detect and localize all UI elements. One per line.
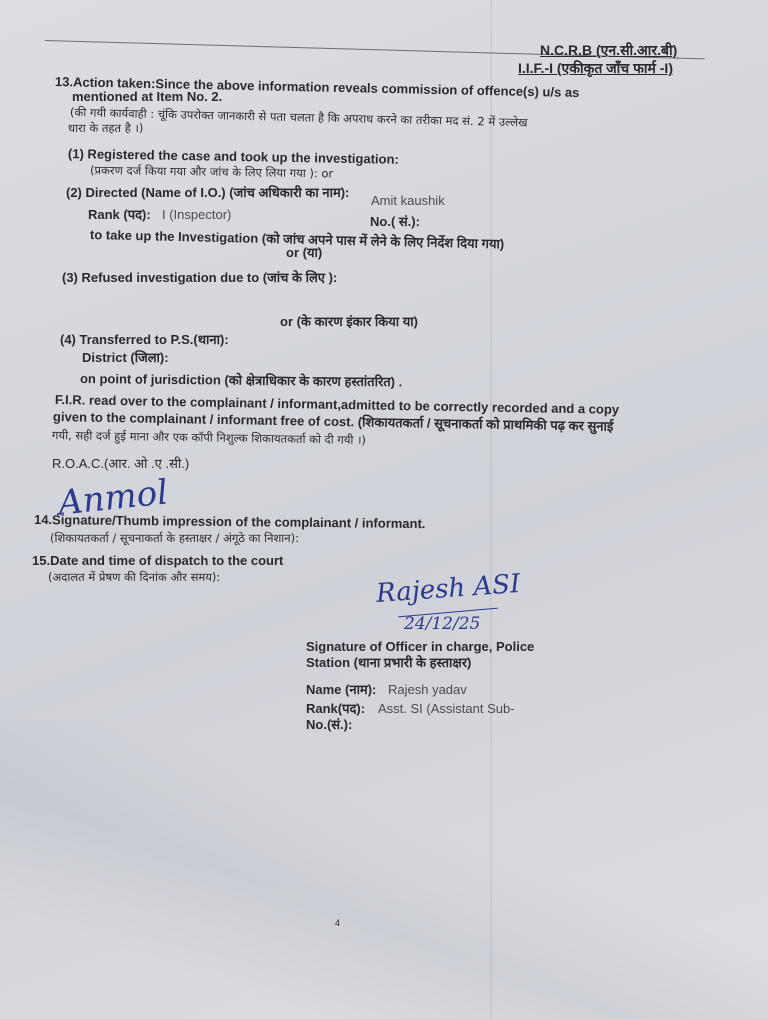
option2-label: (2) Directed (Name of I.O.) (जांच अधिकार… (66, 185, 349, 201)
officer-sig-label2: Station (थाना प्रभारी के हस्ताक्षर) (306, 655, 471, 671)
option3-label: (3) Refused investigation due to (जांच क… (62, 270, 337, 286)
officer-name-label: Name (नाम): (306, 682, 376, 698)
officer-rank-value: Asst. SI (Assistant Sub- (378, 701, 515, 717)
option3-or: or (के कारण इंकार किया या) (280, 314, 418, 330)
officer-signature: Rajesh ASI (375, 569, 521, 609)
roac-label: R.O.A.C.(आर. ओ .ए .सी.) (52, 456, 189, 472)
option2-rank-value: I (Inspector) (162, 207, 231, 223)
item15-label: 15.Date and time of dispatch to the cour… (32, 553, 283, 569)
item14-hindi: (शिकायतकर्ता / सूचनाकर्ता के हस्ताक्षर /… (50, 530, 299, 546)
paper-fold (490, 0, 492, 1019)
item15-hindi: (अदालत में प्रेषण की दिनांक और समय): (48, 569, 220, 585)
paper-shadow (0, 720, 768, 1019)
option2-or: or (या) (286, 245, 322, 261)
officer-no-label: No.(सं.): (306, 717, 352, 733)
option1-hindi: (प्रकरण दर्ज किया गया और जांच के लिए लिय… (90, 162, 333, 181)
officer-sig-label1: Signature of Officer in charge, Police (306, 639, 534, 655)
item13-hindi2: धारा के तहत है ।) (68, 120, 143, 136)
io-name-value: Amit kaushik (371, 193, 445, 209)
document-page: N.C.R.B (एन.सी.आर.बी) I.I.F.-I (एकीकृत ज… (0, 0, 768, 1019)
page-number: 4 (335, 918, 340, 928)
officer-rank-label: Rank(पद): (306, 701, 365, 717)
option4-jurisdiction: on point of jurisdiction (को क्षेत्राधिक… (80, 371, 402, 390)
option2-no-label: No.( सं.): (370, 214, 420, 230)
fir-line3: गयी, सही दर्ज हुई माना और एक कॉपी निशुल्… (52, 427, 366, 448)
option4-district: District (जिला): (82, 350, 169, 366)
officer-name-value: Rajesh yadav (388, 682, 467, 698)
iif-header: I.I.F.-I (एकीकृत जाँच फार्म -I) (518, 60, 673, 76)
item13-line2: mentioned at Item No. 2. (72, 89, 222, 105)
ncrb-header: N.C.R.B (एन.सी.आर.बी) (540, 42, 677, 58)
signature-date: 24/12/25 (404, 614, 480, 634)
option2-rank-label: Rank (पद): (88, 207, 151, 223)
option4-label: (4) Transferred to P.S.(थाना): (60, 332, 229, 348)
